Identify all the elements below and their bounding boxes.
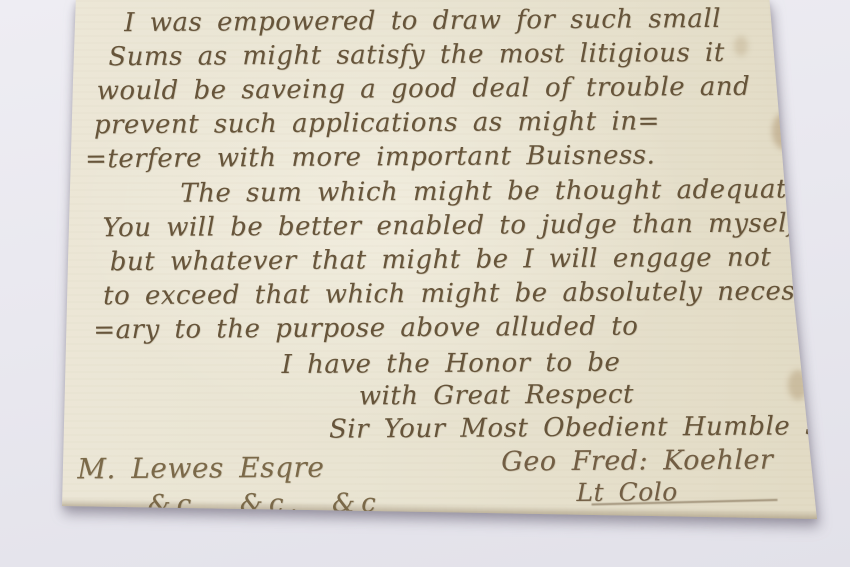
body-line-8: but whatever that might be I will engage… [110,243,772,278]
body-line-9: to exceed that which might be absolutely… [103,276,831,311]
letter-paper: I was empowered to draw for such small S… [0,0,850,567]
body-line-10: =ary to the purpose above alluded to [93,312,638,346]
body-line-2: Sums as might satisfy the most litigious… [108,38,725,72]
handwritten-text: I was empowered to draw for such small S… [0,0,850,567]
letter-photograph: I was empowered to draw for such small S… [0,0,850,567]
closing-line-3: Sir Your Most Obedient Humble Servt [329,411,850,445]
closing-line-2: with Great Respect [359,380,634,412]
body-line-4: prevent such applications as might in= [94,106,660,140]
recipient-line-2: &c. &c. &c [147,488,381,520]
body-line-7: You will be better enabled to judge than… [103,208,798,243]
signature-name: Geo Fred: Koehler [501,445,773,478]
paper-shadow: I was empowered to draw for such small S… [0,0,850,567]
body-line-3: would be saveing a good deal of trouble … [97,72,751,107]
body-line-6: The sum which might be thought adequate [180,174,803,208]
body-line-1: I was empowered to draw for such small [124,4,721,38]
body-line-5: =terfere with more important Buisness. [85,140,655,174]
closing-line-1: I have the Honor to be [281,348,620,380]
recipient-line-1: M. Lewes Esqre [77,451,324,486]
